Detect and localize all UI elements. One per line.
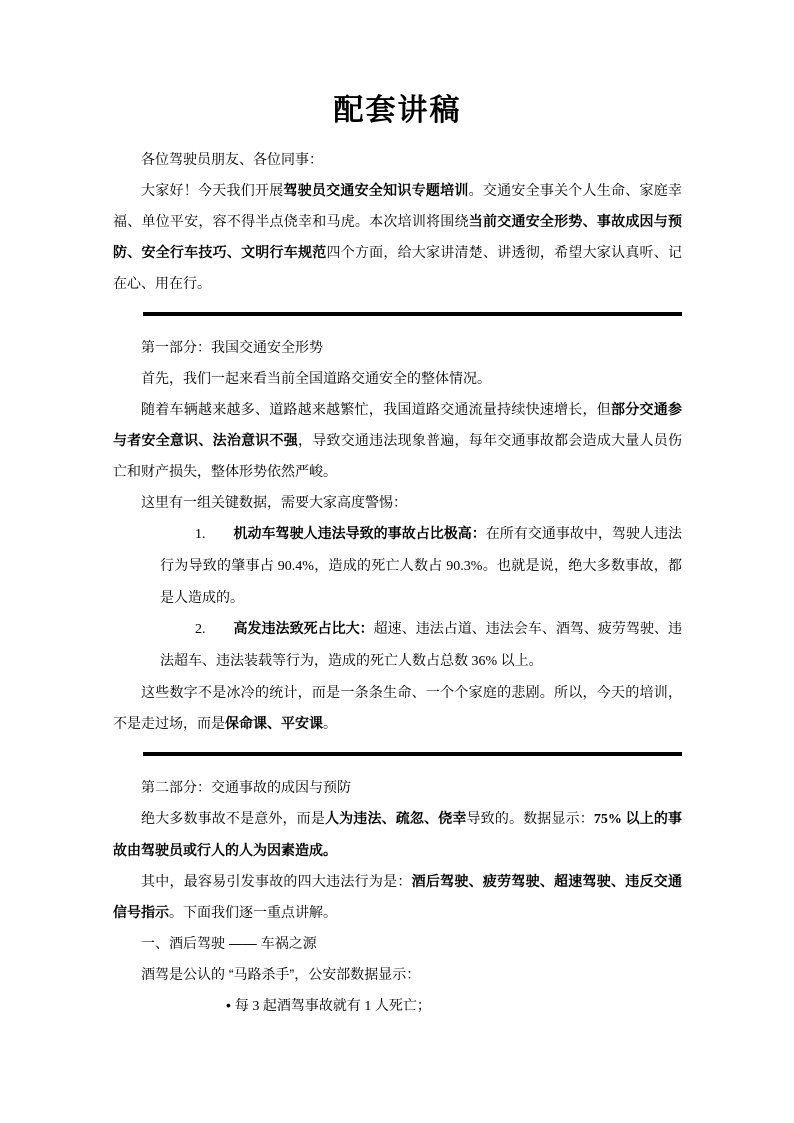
document-page: 配套讲稿 各位驾驶员朋友、各位同事：大家好！今天我们开展驾驶员交通安全知识专题培… [0,0,794,1123]
text-run: 导致的。数据显示： [467,810,594,826]
text-run: 保命课、平安课 [225,715,323,731]
text-run: 其中，最容易引发事故的四大违法行为是： [141,873,412,889]
text-run: 驾驶员交通安全知识专题培训 [283,182,468,198]
salutation: 各位驾驶员朋友、各位同事： [113,144,682,175]
text-run: 90.3% [443,559,483,574]
list-number: 2. [195,622,206,637]
paragraph: 随着车辆越来越多、道路越来越繁忙，我国道路交通流量持续快速增长，但部分交通参与者… [113,394,682,487]
text-run: 高发违法致死占比大： [234,620,374,636]
paragraph: 这里有一组关键数据，需要大家高度警惕： [113,487,682,518]
text-run: 3 [249,999,263,1014]
text-run: 首先，我们一起来看当前全国道路交通安全的整体情况。 [141,370,491,386]
text-run: 36% [468,654,501,669]
text-run: 人为违法、疏忽、侥幸 [325,810,467,826]
paragraph: 酒驾是公认的 “马路杀手”，公安部数据显示： [113,959,682,990]
text-run: 绝大多数事故不是意外，而是 [141,810,325,826]
paragraph: 这些数字不是冰冷的统计，而是一条条生命、一个个家庭的悲剧。所以，今天的培训，不是… [113,677,682,739]
horizontal-rule [143,312,682,316]
text-run: 人死亡； [375,997,431,1013]
paragraph: 其中，最容易引发事故的四大违法行为是：酒后驾驶、疲劳驾驶、超速驾驶、违反交通信号… [113,866,682,928]
list-number: 1. [195,527,206,542]
text-run: 75% [594,812,626,827]
text-run: ，造成的死亡人数占 [314,557,443,573]
text-run: 随着车辆越来越多、道路越来越繁忙，我国道路交通流量持续快速增长，但 [141,401,611,417]
text-run: 。 [323,715,337,731]
text-run: 起酒驾事故就有 [263,997,361,1013]
section-heading: 第二部分：交通事故的成因与预防 [113,772,682,803]
paragraph: 首先，我们一起来看当前全国道路交通安全的整体情况。 [113,363,682,394]
text-run: 机动车驾驶人违法导致的事故占比极高： [234,525,486,541]
text-run: 第一部分：我国交通安全形势 [141,339,323,355]
numbered-item: 1.机动车驾驶人违法导致的事故占比极高：在所有交通事故中，驾驶人违法行为导致的肇… [113,518,682,613]
text-run: 以上。 [501,652,543,668]
text-run: 。下面我们逐一重点讲解。 [169,904,337,920]
text-run: 酒驾是公认的 “马路杀手”，公安部数据显示： [141,966,420,982]
document-title: 配套讲稿 [113,90,682,132]
text-run: 一、酒后驾驶 —— 车祸之源 [141,935,317,951]
text-run: 这里有一组关键数据，需要大家高度警惕： [141,494,407,510]
sub-heading: 一、酒后驾驶 —— 车祸之源 [113,928,682,959]
text-run: 每 [235,997,249,1013]
text-run: 1 [361,999,375,1014]
paragraph: 绝大多数事故不是意外，而是人为违法、疏忽、侥幸导致的。数据显示：75% 以上的事… [113,803,682,866]
document-body: 各位驾驶员朋友、各位同事：大家好！今天我们开展驾驶员交通安全知识专题培训。交通安… [113,144,682,1022]
paragraph: 大家好！今天我们开展驾驶员交通安全知识专题培训。交通安全事关个人生命、家庭幸福、… [113,175,682,299]
text-run: 这些数字不是冰冷的统计，而是一条条生命、一个个家庭的悲剧。所以，今天的培训，不是… [113,684,682,731]
text-run: 各位驾驶员朋友、各位同事： [141,151,323,167]
bullet-item: •每 3 起酒驾事故就有 1 人死亡； [113,990,682,1022]
text-run: 大家好！今天我们开展 [141,182,283,198]
text-run: 第二部分：交通事故的成因与预防 [141,779,351,795]
horizontal-rule [143,752,682,756]
numbered-item: 2.高发违法致死占比大：超速、违法占道、违法会车、酒驾、疲劳驾驶、违法超车、违法… [113,613,682,677]
bullet-icon: • [226,997,231,1013]
document-content: 配套讲稿 各位驾驶员朋友、各位同事：大家好！今天我们开展驾驶员交通安全知识专题培… [113,0,682,1022]
text-run: 90.4% [274,559,314,574]
section-heading: 第一部分：我国交通安全形势 [113,332,682,363]
